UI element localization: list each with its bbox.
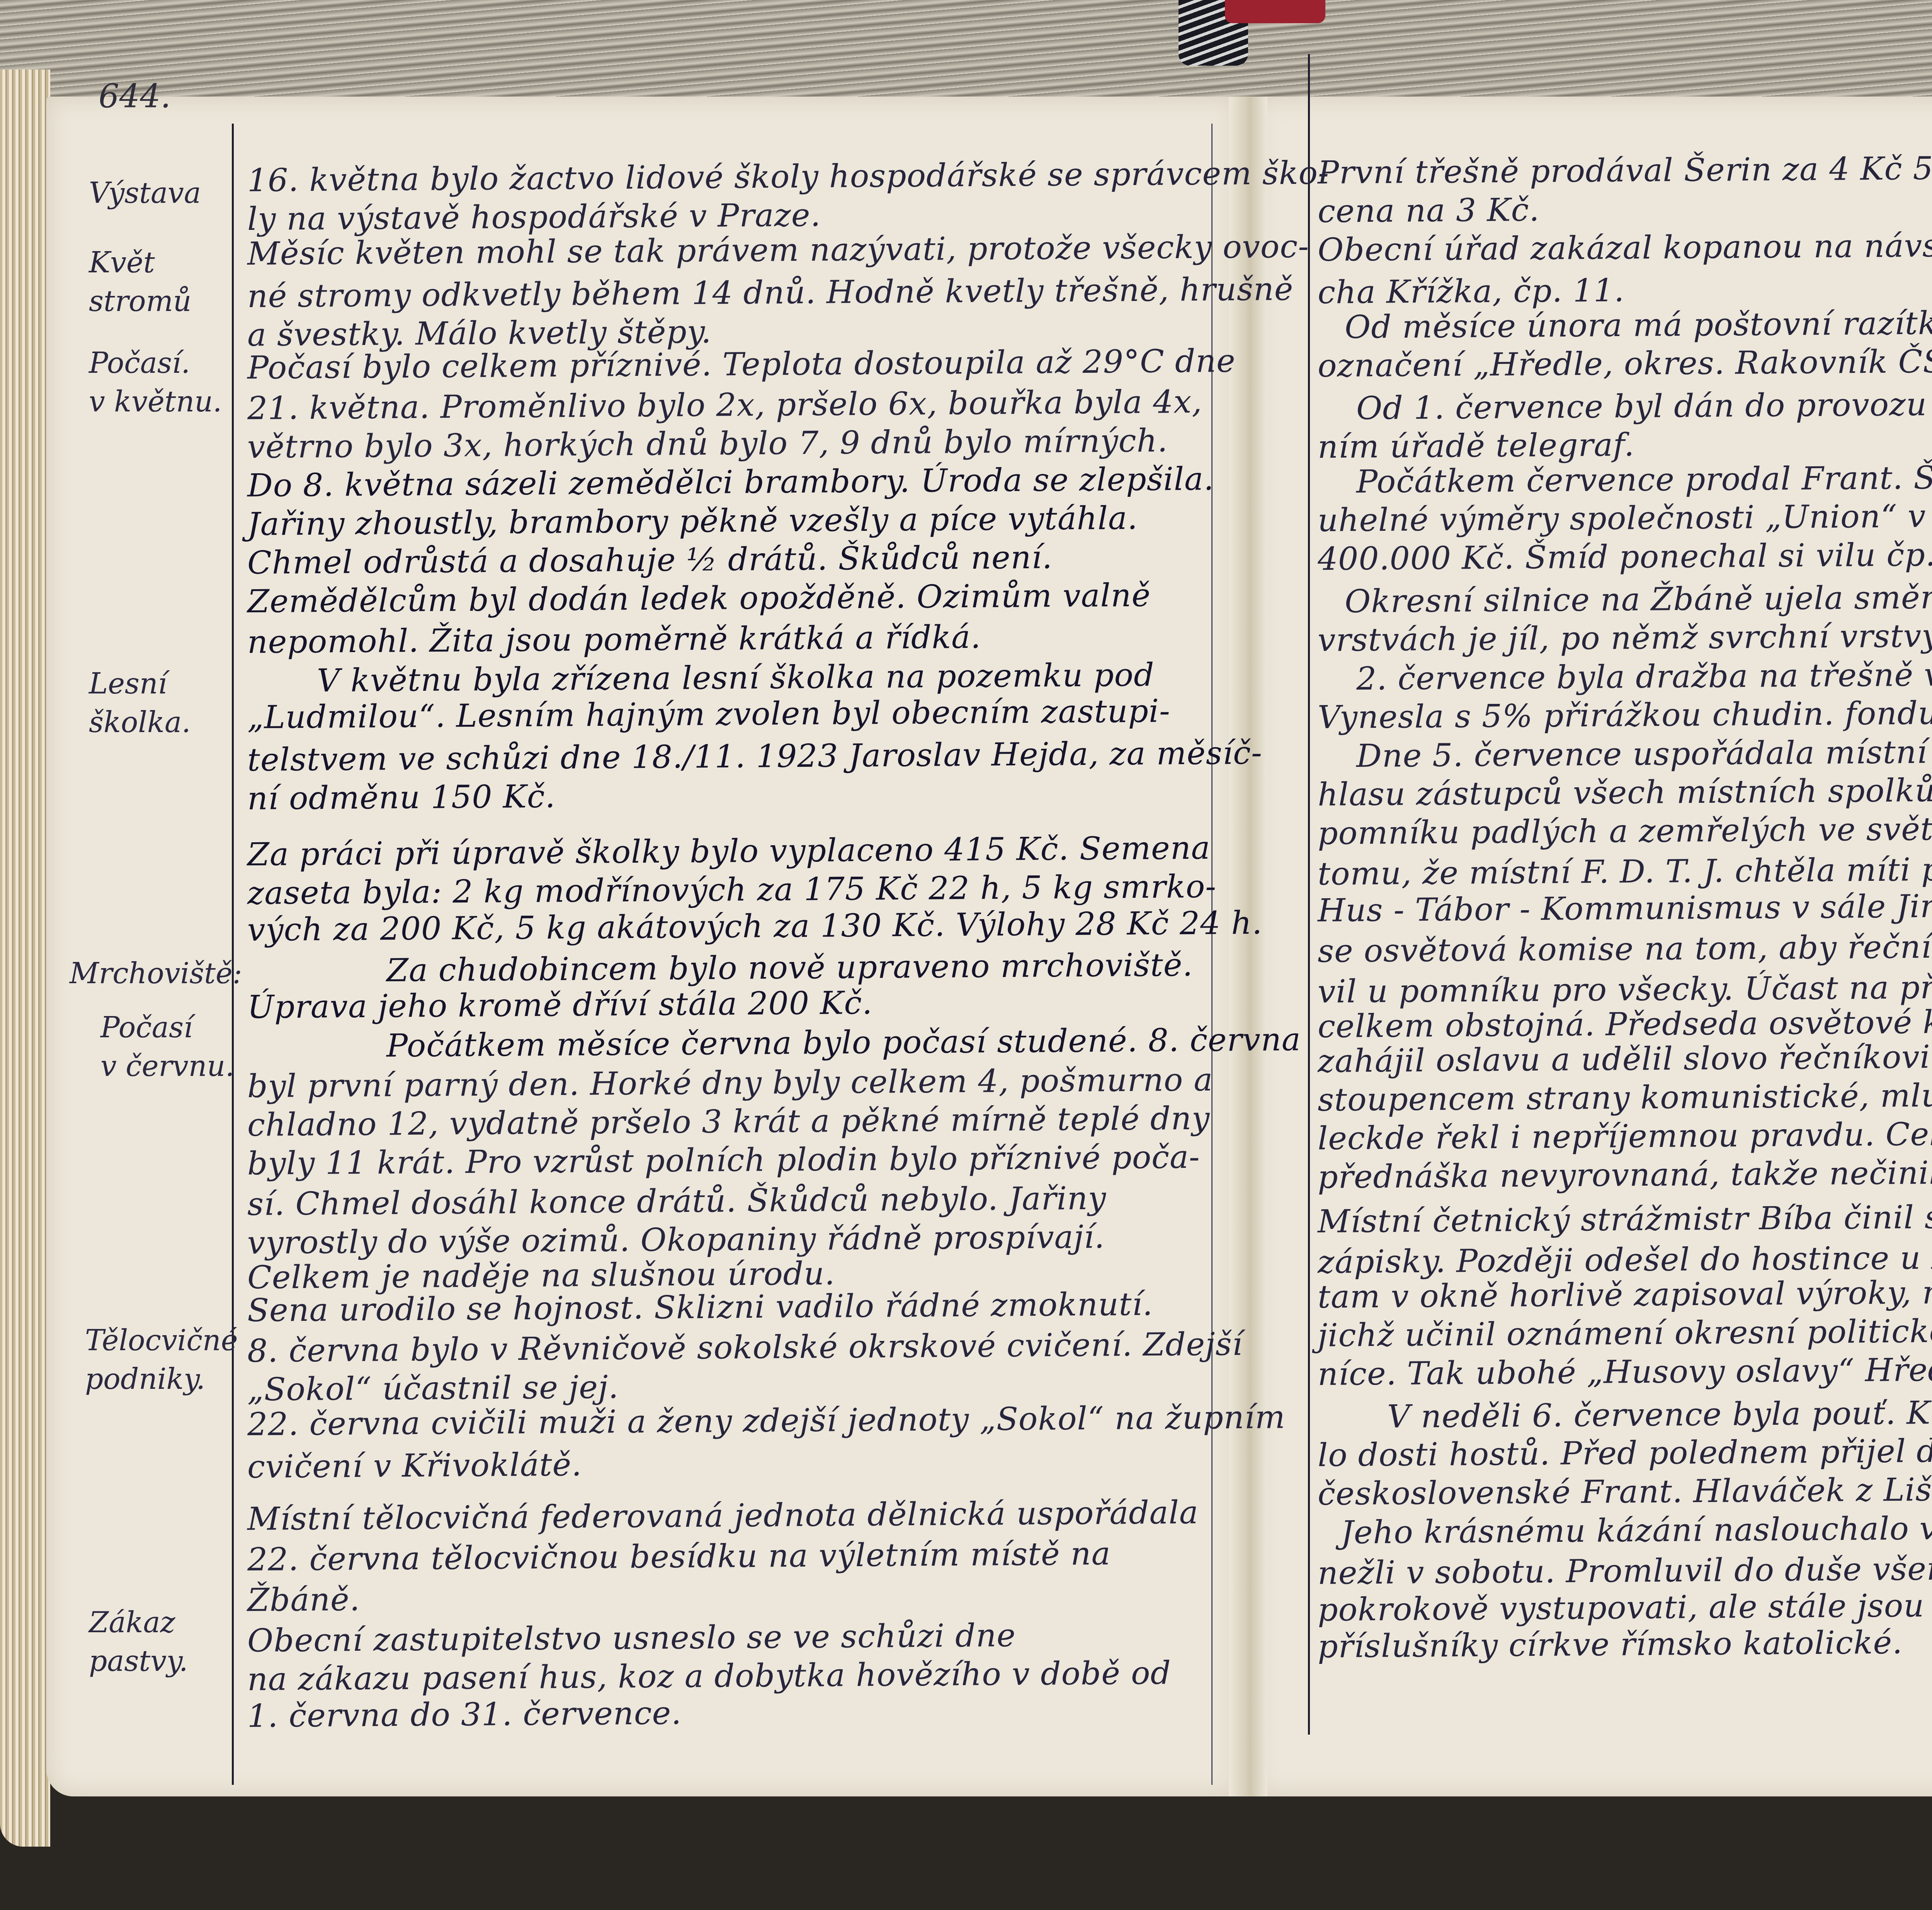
- handwritten-line: československé Frant. Hlaváček z Lišan a…: [1318, 1469, 1932, 1512]
- handwritten-line: V neděli 6. července byla pouť. Krásné p…: [1387, 1392, 1932, 1435]
- handwritten-line: Vynesla s 5% přirážkou chudin. fondu 200…: [1318, 693, 1932, 736]
- handwritten-line: cvičení v Křivoklátě.: [247, 1446, 582, 1485]
- handwritten-line: 21. května. Proměnlivo bylo 2x, pršelo 6…: [247, 384, 1202, 427]
- margin-label: Počasí. v květnu.: [89, 344, 222, 421]
- page-number-left: 644.: [99, 77, 171, 115]
- right-inner-rule: [1308, 54, 1310, 1735]
- handwritten-line: sí. Chmel dosáhl konce drátů. Škůdců neb…: [247, 1180, 1107, 1223]
- handwritten-line: Dne 5. července uspořádala místní osvěto…: [1356, 731, 1932, 775]
- page-stack-left: [0, 70, 50, 1847]
- handwritten-line: Jařiny zhoustly, brambory pěkně vzešly a…: [247, 500, 1138, 543]
- handwritten-line: Žbáně.: [247, 1581, 360, 1619]
- margin-label: Zákaz pastvy.: [89, 1603, 188, 1681]
- handwritten-line: leckde řekl i nepříjemnou pravdu. Celkov…: [1318, 1115, 1932, 1157]
- handwritten-line: ní odměnu 150 Kč.: [247, 778, 556, 817]
- handwritten-line: Od měsíce února má poštovní razítko míst…: [1345, 302, 1932, 346]
- handwritten-line: vil u pomníku pro všecky. Účast na předn…: [1318, 968, 1932, 1010]
- handwritten-line: Obecní úřad zakázal kopanou na návsi pře…: [1318, 225, 1932, 268]
- handwritten-line: na zákazu pasení hus, koz a dobytka hově…: [247, 1655, 1171, 1698]
- handwritten-line: hlasu zástupců všech místních spolků „Hu…: [1318, 770, 1932, 813]
- handwritten-line: cha Křížka, čp. 11.: [1318, 272, 1625, 311]
- handwritten-line: Jeho krásnému kázání naslouchalo více po…: [1341, 1509, 1932, 1551]
- handwritten-line: Počasí bylo celkem příznivé. Teplota dos…: [247, 343, 1236, 386]
- handwritten-line: 8. června bylo v Rěvničově sokolské okrs…: [247, 1326, 1243, 1370]
- handwritten-line: Počátkem měsíce června bylo počasí stude…: [386, 1021, 1301, 1064]
- handwritten-line: přednáška nevyrovnaná, takže nečinila do…: [1318, 1153, 1932, 1196]
- handwritten-line: byly 11 krát. Pro vzrůst polních plodin …: [247, 1139, 1200, 1182]
- handwritten-line: tomu, že místní F. D. T. J. chtěla míti …: [1318, 849, 1932, 892]
- handwritten-line: chladno 12, vydatně pršelo 3 krát a pěkn…: [247, 1100, 1210, 1144]
- handwritten-line: ly na výstavě hospodářské v Praze.: [247, 197, 821, 238]
- handwritten-line: uhelné výměry společnosti „Union“ v Mutě…: [1318, 496, 1932, 539]
- handwritten-line: Za práci při úpravě školky bylo vyplacen…: [247, 830, 1211, 873]
- handwritten-line: cena na 3 Kč.: [1318, 192, 1540, 230]
- handwritten-line: nepomohl. Žita jsou poměrně krátká a říd…: [247, 619, 981, 661]
- handwritten-line: „Sokol“ účastnil se jej.: [247, 1369, 619, 1408]
- handwritten-line: příslušníky církve římsko katolické.: [1318, 1624, 1903, 1665]
- handwritten-line: se osvětová komise na tom, aby řečník „F…: [1318, 926, 1932, 970]
- handwritten-line: Zemědělcům byl dodán ledek opožděně. Ozi…: [247, 577, 1151, 620]
- handwritten-line: tam v okně horlivě zapisoval výroky, na …: [1318, 1273, 1932, 1315]
- handwritten-line: 400.000 Kč. Šmíd ponechal si vilu čp. 82…: [1318, 535, 1932, 578]
- margin-label: Mrchoviště:: [70, 954, 242, 993]
- margin-label: Výstava: [89, 174, 201, 212]
- handwritten-line: Hus - Tábor - Kommunismus v sále Jindř. …: [1318, 886, 1932, 929]
- handwritten-line: 16. května bylo žactvo lidové školy hosp…: [247, 155, 1329, 199]
- handwritten-line: byl první parný den. Horké dny byly celk…: [247, 1062, 1213, 1105]
- handwritten-line: označení „Hředle, okres. Rakovník ČSP“ p…: [1318, 341, 1932, 384]
- handwritten-line: 1. června do 31. července.: [247, 1695, 682, 1735]
- handwritten-line: lo dosti hostů. Před polednem přijel do …: [1318, 1431, 1932, 1474]
- margin-label: Tělocvičné podniky.: [85, 1321, 238, 1399]
- handwritten-line: telstvem ve schůzi dne 18./11. 1923 Jaro…: [247, 735, 1262, 778]
- handwritten-line: Do 8. května sázeli zemědělci brambory. …: [247, 461, 1214, 504]
- handwritten-line: zaseta byla: 2 kg modřínových za 175 Kč …: [247, 868, 1217, 912]
- handwritten-line: zahájil oslavu a udělil slovo řečníkovi …: [1318, 1037, 1932, 1080]
- handwritten-line: pokrokově vystupovati, ale stále jsou ma…: [1318, 1586, 1932, 1628]
- handwritten-line: Místní tělocvičná federovaná jednota děl…: [247, 1494, 1199, 1538]
- handwritten-line: vých za 200 Kč, 5 kg akátových za 130 Kč…: [247, 905, 1263, 948]
- handwritten-line: jichž učinil oznámení okresní politické …: [1318, 1311, 1932, 1354]
- handwritten-line: Úprava jeho kromě dříví stála 200 Kč.: [247, 985, 873, 1026]
- handwritten-line: 22. června tělocvičnou besídku na výletn…: [247, 1535, 1111, 1578]
- handwritten-line: Sena urodilo se hojnost. Sklizni vadilo …: [247, 1286, 1153, 1329]
- handwritten-line: celkem obstojná. Předseda osvětové komis…: [1318, 1001, 1932, 1045]
- handwritten-line: níce. Tak ubohé „Husovy oslavy“ Hředle d…: [1318, 1350, 1932, 1393]
- handwritten-line: Obecní zastupitelstvo usneslo se ve schů…: [247, 1617, 1016, 1659]
- margin-label: Počasí v červnu.: [100, 1008, 235, 1086]
- handwritten-line: vyrostly do výše ozimů. Okopaniny řádně …: [247, 1219, 1105, 1261]
- handwritten-line: Chmel odrůstá a dosahuje ½ drátů. Škůdců…: [247, 539, 1053, 581]
- handwritten-line: Počátkem července prodal Frant. Šmíd z R…: [1356, 458, 1932, 500]
- handwritten-line: Měsíc květen mohl se tak právem nazývati…: [247, 228, 1310, 272]
- handwritten-line: Okresní silnice na Žbáně ujela směrem do…: [1345, 576, 1932, 620]
- margin-label: Lesní školka.: [89, 664, 191, 742]
- handwritten-line: Místní četnický strážmistr Bíba činil si…: [1318, 1197, 1932, 1240]
- handwritten-line: „Ludmilou“. Lesním hajným zvolen byl obe…: [247, 693, 1170, 736]
- bookmark-ribbon-red: [1225, 0, 1325, 23]
- handwritten-line: vrstvách je jíl, po němž svrchní vrstvy …: [1318, 617, 1932, 659]
- handwritten-line: nežli v sobotu. Promluvil do duše všem t…: [1318, 1548, 1932, 1592]
- handwritten-line: V květnu byla zřízena lesní školka na po…: [317, 657, 1155, 699]
- handwritten-line: větrno bylo 3x, horkých dnů bylo 7, 9 dn…: [247, 422, 1168, 466]
- handwritten-line: né stromy odkvetly během 14 dnů. Hodně k…: [247, 271, 1294, 315]
- handwritten-line: 2. července byla dražba na třešně v obec…: [1356, 654, 1932, 697]
- margin-label: Květ stromů: [89, 243, 191, 321]
- handwritten-line: Od 1. července byl dán do provozu na mís…: [1356, 384, 1932, 427]
- handwritten-line: stoupencem strany komunistické, mluvil p…: [1318, 1076, 1932, 1118]
- handwritten-line: 22. června cvičili muži a ženy zdejší je…: [247, 1399, 1286, 1443]
- handwritten-line: ním úřadě telegraf.: [1318, 427, 1635, 466]
- handwritten-line: pomníku padlých a zemřelých ve světové v…: [1318, 808, 1932, 852]
- handwritten-line: zápisky. Později odešel do hostince u Ku…: [1318, 1238, 1932, 1281]
- handwritten-line: Za chudobincem bylo nově upraveno mrchov…: [386, 947, 1193, 989]
